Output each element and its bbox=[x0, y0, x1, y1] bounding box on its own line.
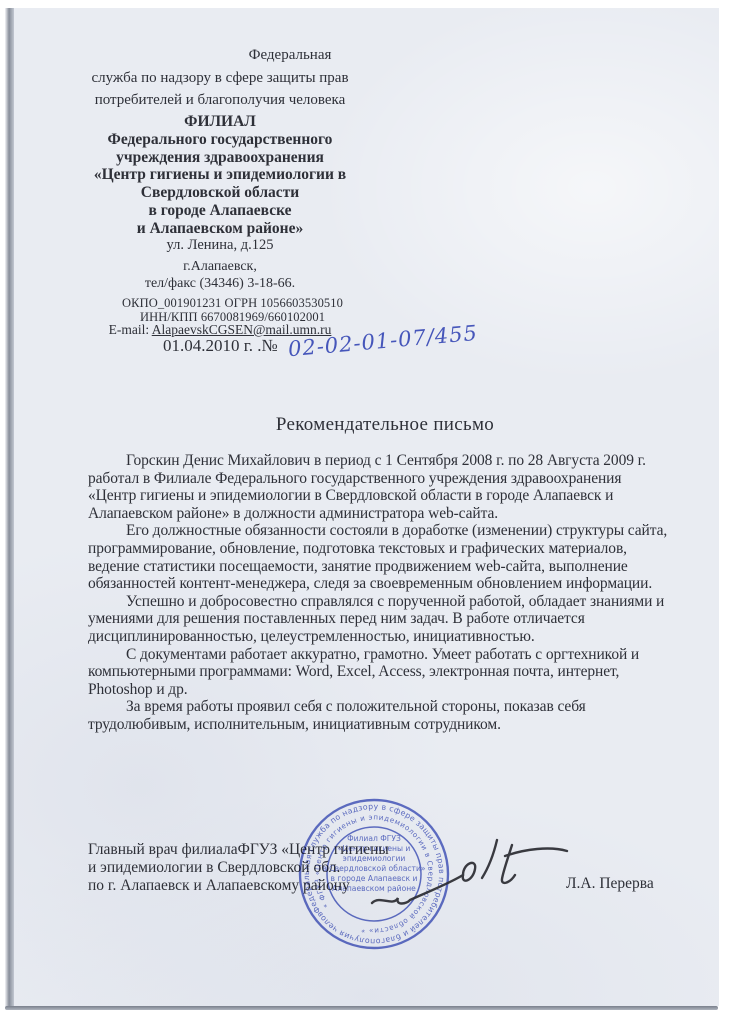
branch-line: Свердловской области bbox=[65, 184, 375, 202]
letterhead-phone: тел/факс (34346) 3-18-66. bbox=[85, 276, 355, 293]
date-text: 01.04.2010 г. .№ bbox=[163, 336, 278, 355]
signature-stroke bbox=[482, 840, 497, 878]
signature-stroke bbox=[372, 875, 463, 904]
body-paragraph: Успешно и добросовестно справлялся с пор… bbox=[88, 593, 668, 646]
branch-line: Федерального государственного bbox=[65, 131, 375, 149]
signature-stroke bbox=[502, 845, 515, 883]
letter-body: Горскин Денис Михайлович в период с 1 Се… bbox=[88, 452, 668, 734]
branch-line: и Алапаевском районе» bbox=[65, 220, 375, 238]
email-label: E-mail: bbox=[109, 322, 150, 337]
signature-stroke bbox=[505, 849, 567, 856]
letter-title: Рекомендательное письмо bbox=[40, 414, 729, 436]
agency-line: Федеральная bbox=[220, 44, 360, 67]
body-paragraph: Горскин Денис Михайлович в период с 1 Се… bbox=[88, 452, 668, 522]
okpo-ogrn-line: ОКПО_001901231 ОГРН 1056603530510 bbox=[85, 297, 380, 311]
letterhead-city: г.Алапаевск, bbox=[85, 259, 355, 276]
scan-edge-left bbox=[5, 8, 14, 1008]
body-paragraph: За время работы проявил себя с положител… bbox=[88, 698, 668, 733]
body-paragraph: С документами работает аккуратно, грамот… bbox=[88, 646, 668, 699]
letterhead-agency: Федеральная служба по надзору в сфере за… bbox=[80, 44, 360, 112]
letterhead-codes: ОКПО_001901231 ОГРН 1056603530510 ИНН/КП… bbox=[85, 297, 380, 324]
branch-line: «Центр гигиены и эпидемиологии в bbox=[65, 166, 375, 184]
agency-line: потребителей и благополучия человека bbox=[80, 89, 360, 112]
letterhead-street: ул. Ленина, д.125 bbox=[85, 237, 355, 254]
body-paragraph: Его должностные обязанности состояли в д… bbox=[88, 522, 668, 592]
date-number-line: 01.04.2010 г. .№02-02-01-07/455 bbox=[163, 332, 478, 356]
branch-line: учреждения здравоохранения bbox=[65, 149, 375, 167]
signature-stroke bbox=[463, 863, 475, 881]
branch-line: в городе Алапаевске bbox=[65, 202, 375, 220]
scanned-letter: Федеральная служба по надзору в сфере за… bbox=[0, 0, 729, 1024]
branch-line: ФИЛИАЛ bbox=[65, 113, 375, 131]
scan-edge-bottom bbox=[5, 1006, 718, 1010]
letterhead-branch-name: ФИЛИАЛ Федерального государственного учр… bbox=[65, 113, 375, 238]
handwritten-signature bbox=[355, 825, 580, 930]
letterhead-city-phone: г.Алапаевск, тел/факс (34346) 3-18-66. bbox=[85, 259, 355, 292]
agency-line: служба по надзору в сфере защиты прав bbox=[80, 67, 360, 90]
